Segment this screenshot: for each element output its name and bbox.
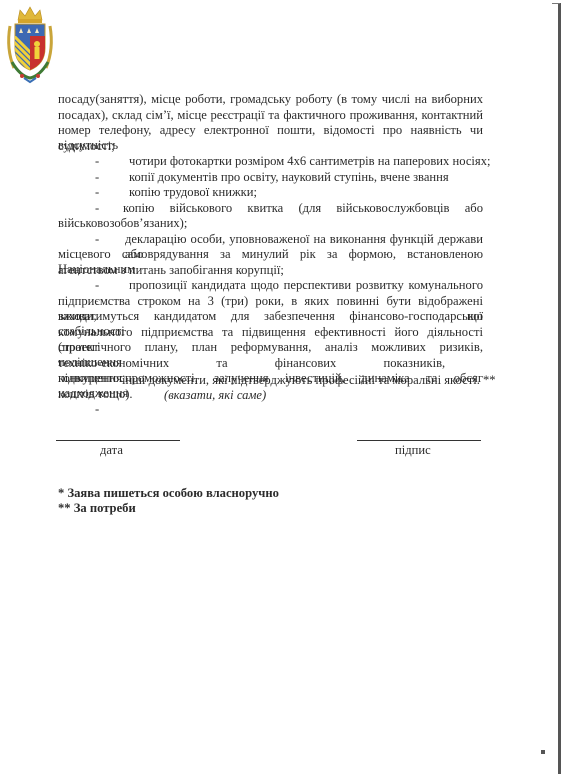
list-item-cont: коштів тощо). xyxy=(58,387,483,402)
paragraph-line: судимості; xyxy=(58,139,483,154)
date-line xyxy=(56,440,180,441)
list-dash: - xyxy=(95,170,99,185)
list-item: копію військового квитка (для військовос… xyxy=(123,201,483,216)
list-item: копії документів про освіту, науковий ст… xyxy=(129,170,449,185)
paragraph-line: посадах), склад сім’ї, місце реєстрації … xyxy=(58,108,483,123)
scan-border-top xyxy=(552,3,560,4)
list-item-cont: військовозобов’язаних); xyxy=(58,216,483,231)
signature-line xyxy=(357,440,481,441)
footnote-handwritten: * Заява пишеться особою власноручно xyxy=(58,486,279,501)
list-dash: - xyxy=(95,232,99,247)
footnote-if-needed: ** За потреби xyxy=(58,501,136,516)
list-item: інші документи, які підтверджують профес… xyxy=(122,373,496,388)
scan-border xyxy=(558,3,561,774)
list-item: копію трудової книжки; xyxy=(129,185,257,200)
coat-of-arms-icon xyxy=(4,4,56,86)
signature-label: підпис xyxy=(395,443,431,458)
scan-mark xyxy=(541,750,545,754)
paragraph-line: посаду(заняття), місце роботи, громадськ… xyxy=(58,92,483,107)
list-item-cont: агентством з питань запобігання корупції… xyxy=(58,263,483,278)
list-dash: - xyxy=(95,154,99,169)
list-item: пропозиції кандидата щодо перспективи ро… xyxy=(129,278,483,293)
list-item: чотири фотокартки розміром 4х6 сантиметр… xyxy=(129,154,491,169)
list-dash: - xyxy=(95,185,99,200)
list-dash: - xyxy=(95,402,99,417)
date-label: дата xyxy=(100,443,123,458)
list-dash: - xyxy=(95,201,99,216)
hint-text: (вказати, які саме) xyxy=(164,388,266,403)
list-dash: - xyxy=(95,278,99,293)
